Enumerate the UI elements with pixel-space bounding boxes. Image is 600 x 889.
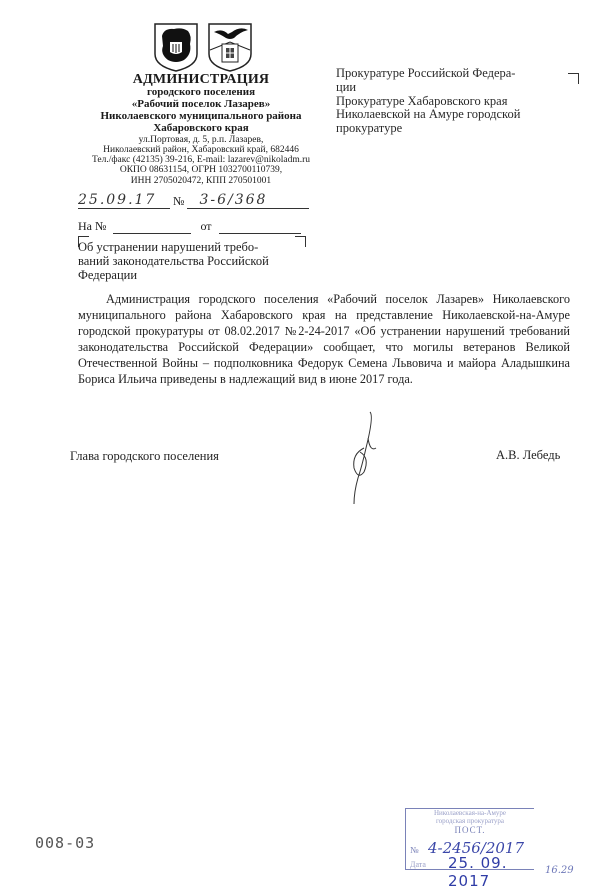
- subject-line2: ваний законодательства Российской: [78, 254, 298, 268]
- handwritten-signature-icon: [340, 408, 380, 508]
- reference-date-field: [219, 218, 301, 234]
- letterhead-address2: Николаевский район, Хабаровский край, 68…: [78, 145, 324, 155]
- subject-block: Об устранении нарушений требо- ваний зак…: [78, 240, 298, 282]
- nikolaevsk-district-coat-of-arms-icon: [206, 22, 254, 72]
- signatory-title: Глава городского поселения: [70, 449, 219, 464]
- letter-body: Администрация городского поселения «Рабо…: [78, 291, 570, 387]
- reference-from-label: от: [200, 219, 211, 233]
- stamp-date-label: Дата: [410, 860, 426, 869]
- stamp-line3: ПОСТ.: [406, 825, 534, 835]
- addressee-line1: Прокуратуре Российской Федера-: [336, 67, 546, 81]
- subject-line1: Об устранении нарушений требо-: [78, 240, 298, 254]
- letterhead-okpo: ОКПО 08631154, ОГРН 1032700110739,: [78, 165, 324, 175]
- registration-number-label: №: [173, 194, 184, 208]
- addressee-line3: Прокуратуре Хабаровского края: [336, 95, 546, 109]
- reference-line: На № от: [78, 218, 301, 234]
- reference-number-label: На №: [78, 219, 106, 233]
- body-paragraph: Администрация городского поселения «Рабо…: [78, 291, 570, 387]
- letterhead-address1: ул.Портовая, д. 5, р.п. Лазарев,: [78, 135, 324, 145]
- addressee-line5: прокуратуре: [336, 122, 546, 136]
- reference-number-field: [113, 218, 191, 234]
- addressee-block: Прокуратуре Российской Федера- ции Проку…: [336, 67, 546, 136]
- registration-line: 25.09.17 № 3-6/368: [78, 192, 309, 209]
- letterhead-title: АДМИНИСТРАЦИЯ: [78, 72, 324, 87]
- stamp-time: 16.29: [545, 865, 574, 876]
- stamp-line1: Николаевская-на-Амуре: [406, 809, 534, 817]
- registration-number: 3-6/368: [187, 192, 309, 209]
- addressee-line4: Николаевской на Амуре городской: [336, 108, 546, 122]
- letterhead-line3: Николаевского муниципального района: [78, 111, 324, 123]
- letterhead: АДМИНИСТРАЦИЯ городского поселения «Рабо…: [78, 72, 324, 186]
- khabarovsk-krai-coat-of-arms-icon: [152, 22, 200, 72]
- stamp-date: 25. 09. 2017: [448, 854, 534, 889]
- letterhead-line4: Хабаровского края: [78, 123, 324, 135]
- stamp-number-label: №: [410, 845, 419, 855]
- incoming-registration-stamp: Николаевская-на-Амуре городская прокурат…: [405, 808, 534, 870]
- signatory-name: А.В. Лебедь: [496, 448, 560, 463]
- stamp-line2: городская прокуратура: [406, 817, 534, 825]
- addressee-corner-mark: [568, 73, 579, 84]
- letterhead-contacts: Тел./факс (42135) 39-216, E-mail: lazare…: [78, 155, 324, 165]
- subject-line3: Федерации: [78, 268, 298, 282]
- registration-date: 25.09.17: [78, 192, 170, 209]
- letterhead-inn: ИНН 2705020472, КПП 270501001: [78, 176, 324, 186]
- document-code: 008-03: [35, 834, 95, 852]
- addressee-line2: ции: [336, 81, 546, 95]
